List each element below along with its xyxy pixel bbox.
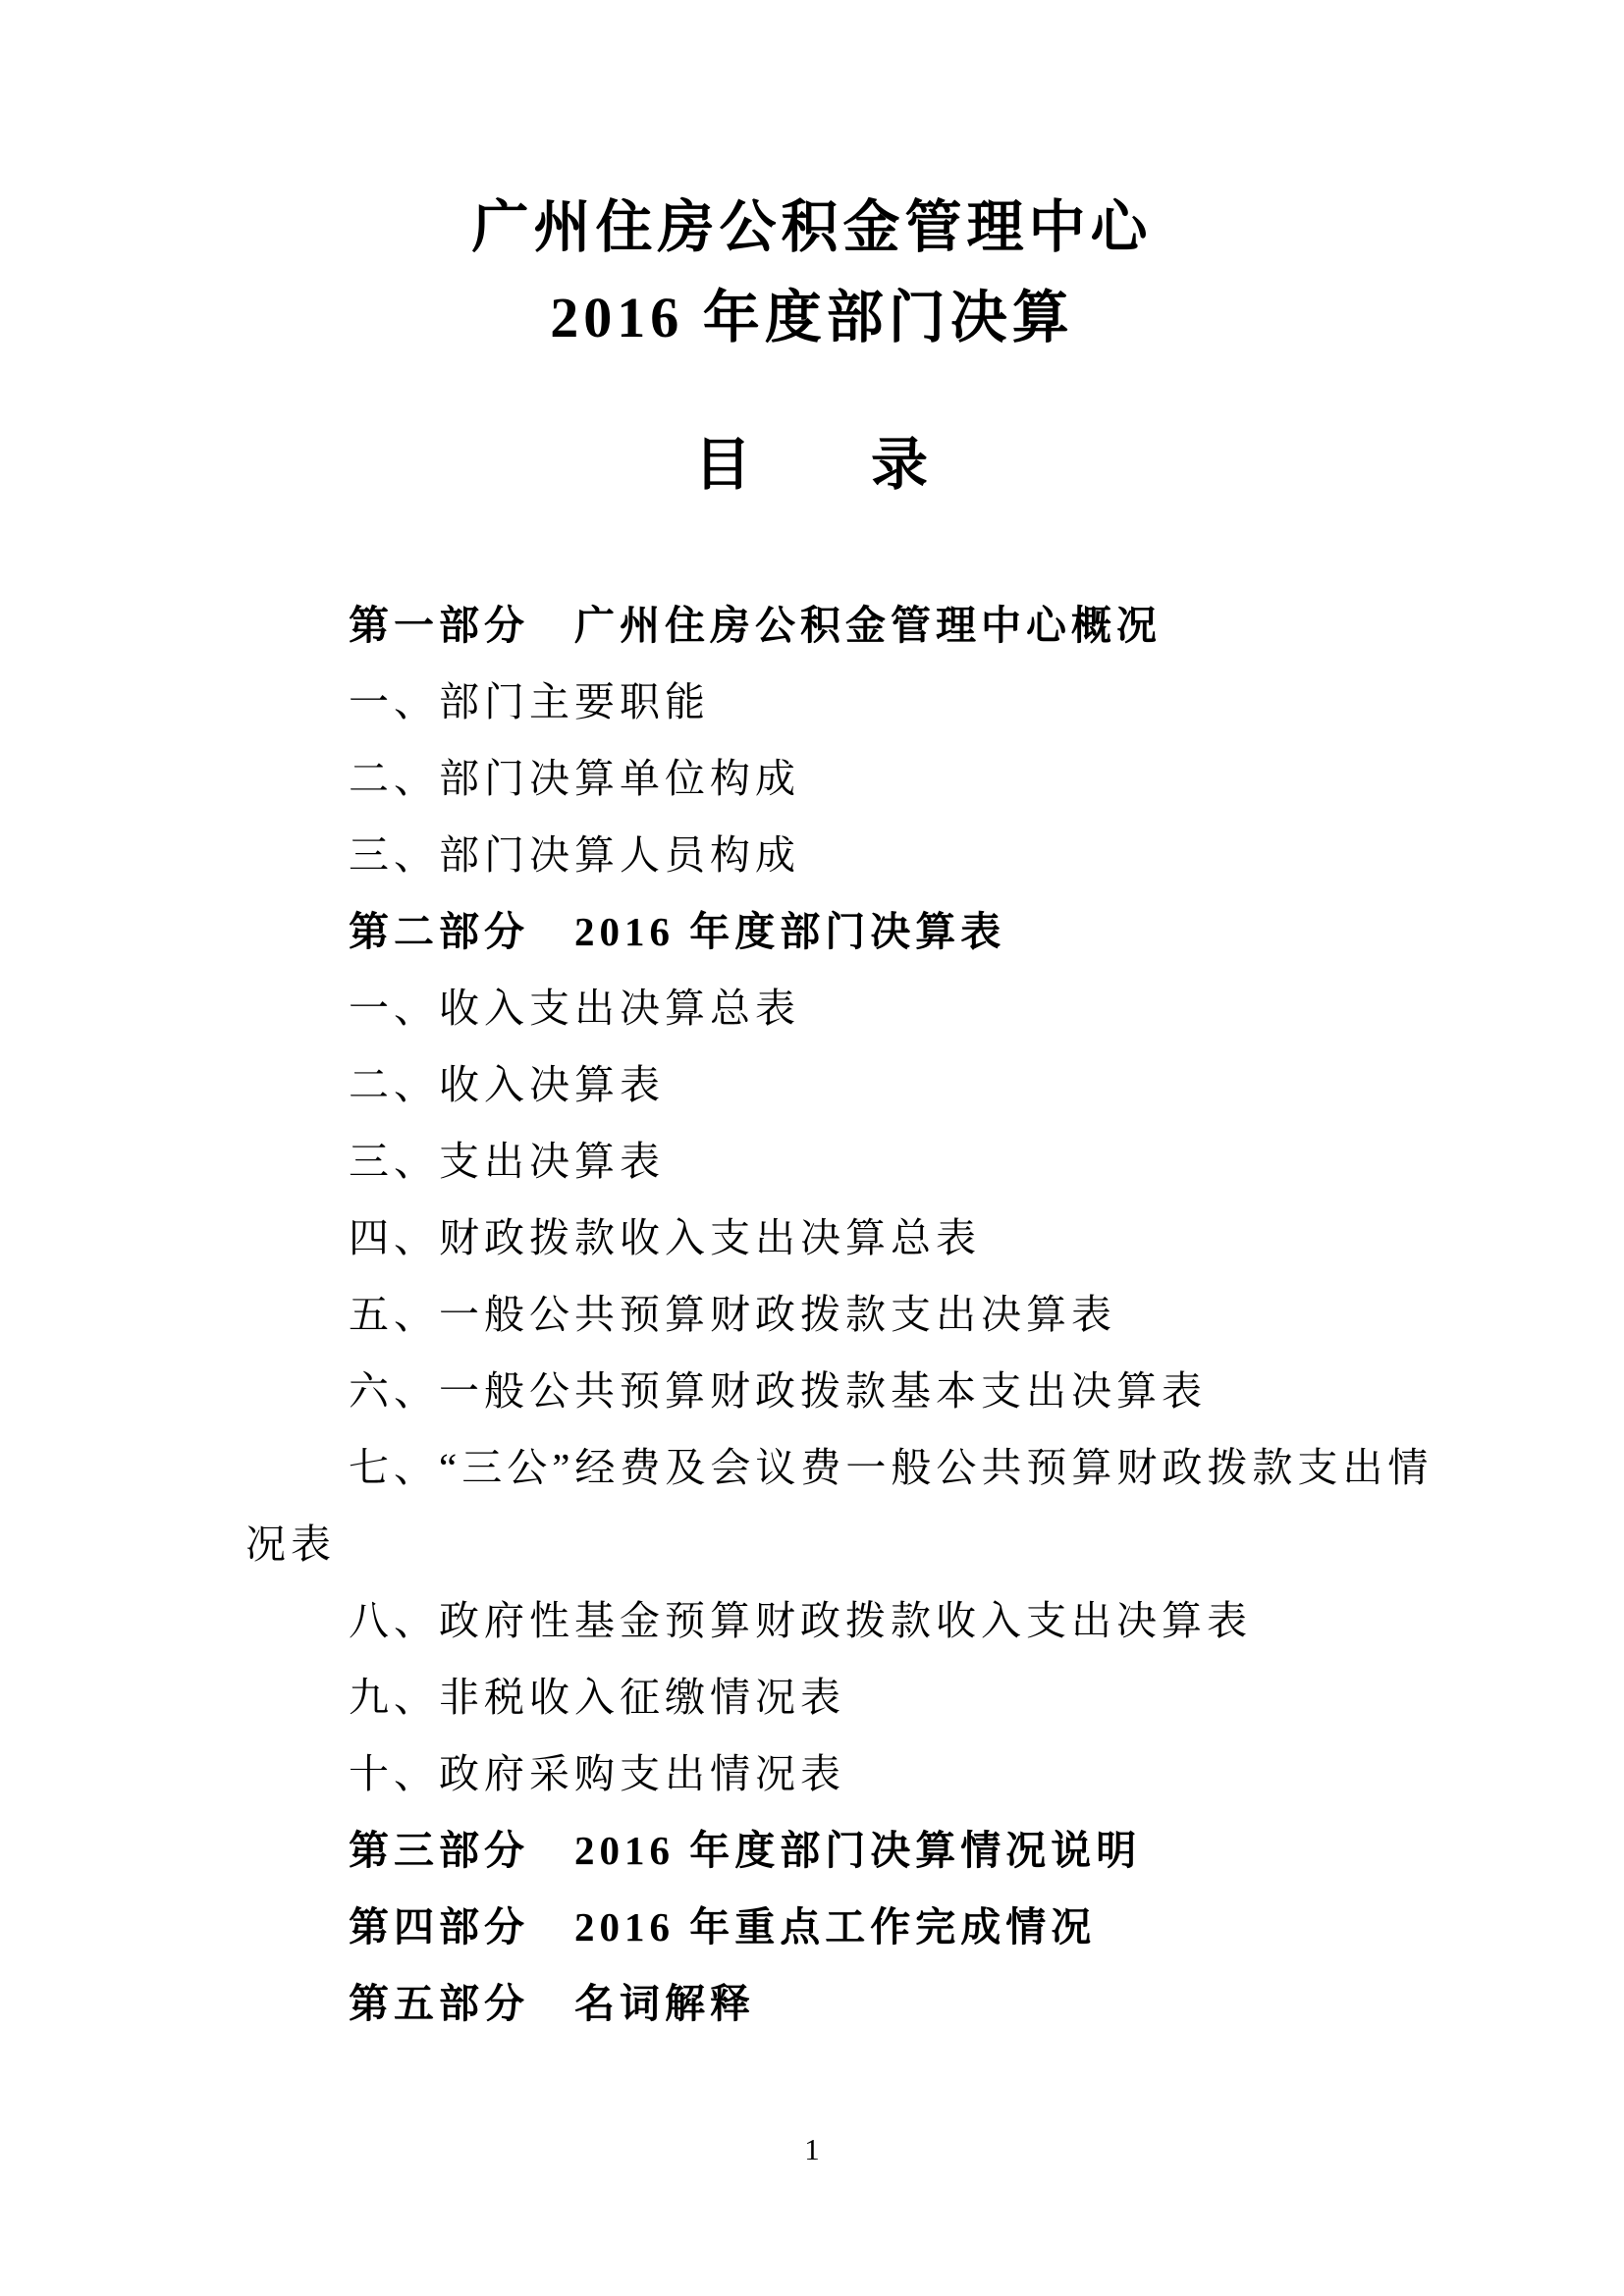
toc-entry: 一、部门主要职能 <box>245 664 1414 740</box>
toc-entry: 九、非税收入征缴情况表 <box>245 1659 1414 1735</box>
toc-entry: 五、一般公共预算财政拨款支出决算表 <box>245 1276 1414 1353</box>
document-page: 广州住房公积金管理中心 2016 年度部门决算 目 录 第一部分 广州住房公积金… <box>0 0 1624 2296</box>
toc-entry: 三、支出决算表 <box>245 1123 1414 1200</box>
toc-entry: 十、政府采购支出情况表 <box>245 1735 1414 1812</box>
toc-entry: 二、部门决算单位构成 <box>245 740 1414 817</box>
document-title-line1: 广州住房公积金管理中心 <box>0 183 1624 273</box>
toc-entry: 八、政府性基金预算财政拨款收入支出决算表 <box>245 1582 1414 1659</box>
toc-part-heading: 第四部分 2016 年重点工作完成情况 <box>245 1889 1414 1965</box>
toc-heading: 目 录 <box>0 426 1624 505</box>
toc-entry: 四、财政拨款收入支出决算总表 <box>245 1200 1414 1276</box>
toc-entry: 七、“三公”经费及会议费一般公共预算财政拨款支出情 <box>245 1429 1414 1506</box>
toc-list: 第一部分 广州住房公积金管理中心概况 一、部门主要职能 二、部门决算单位构成 三… <box>245 587 1414 2042</box>
toc-part-heading: 第二部分 2016 年度部门决算表 <box>245 893 1414 970</box>
toc-entry: 一、收入支出决算总表 <box>245 970 1414 1046</box>
toc-entry: 二、收入决算表 <box>245 1046 1414 1123</box>
toc-entry: 六、一般公共预算财政拨款基本支出决算表 <box>245 1353 1414 1429</box>
toc-part-heading: 第五部分 名词解释 <box>245 1965 1414 2042</box>
toc-part-heading: 第三部分 2016 年度部门决算情况说明 <box>245 1812 1414 1889</box>
page-number: 1 <box>0 2130 1624 2169</box>
toc-entry: 三、部门决算人员构成 <box>245 817 1414 893</box>
toc-entry-continuation: 况表 <box>245 1506 1414 1582</box>
document-title-line2: 2016 年度部门决算 <box>0 273 1624 363</box>
toc-part-heading: 第一部分 广州住房公积金管理中心概况 <box>245 587 1414 664</box>
document-title: 广州住房公积金管理中心 2016 年度部门决算 <box>0 183 1624 363</box>
